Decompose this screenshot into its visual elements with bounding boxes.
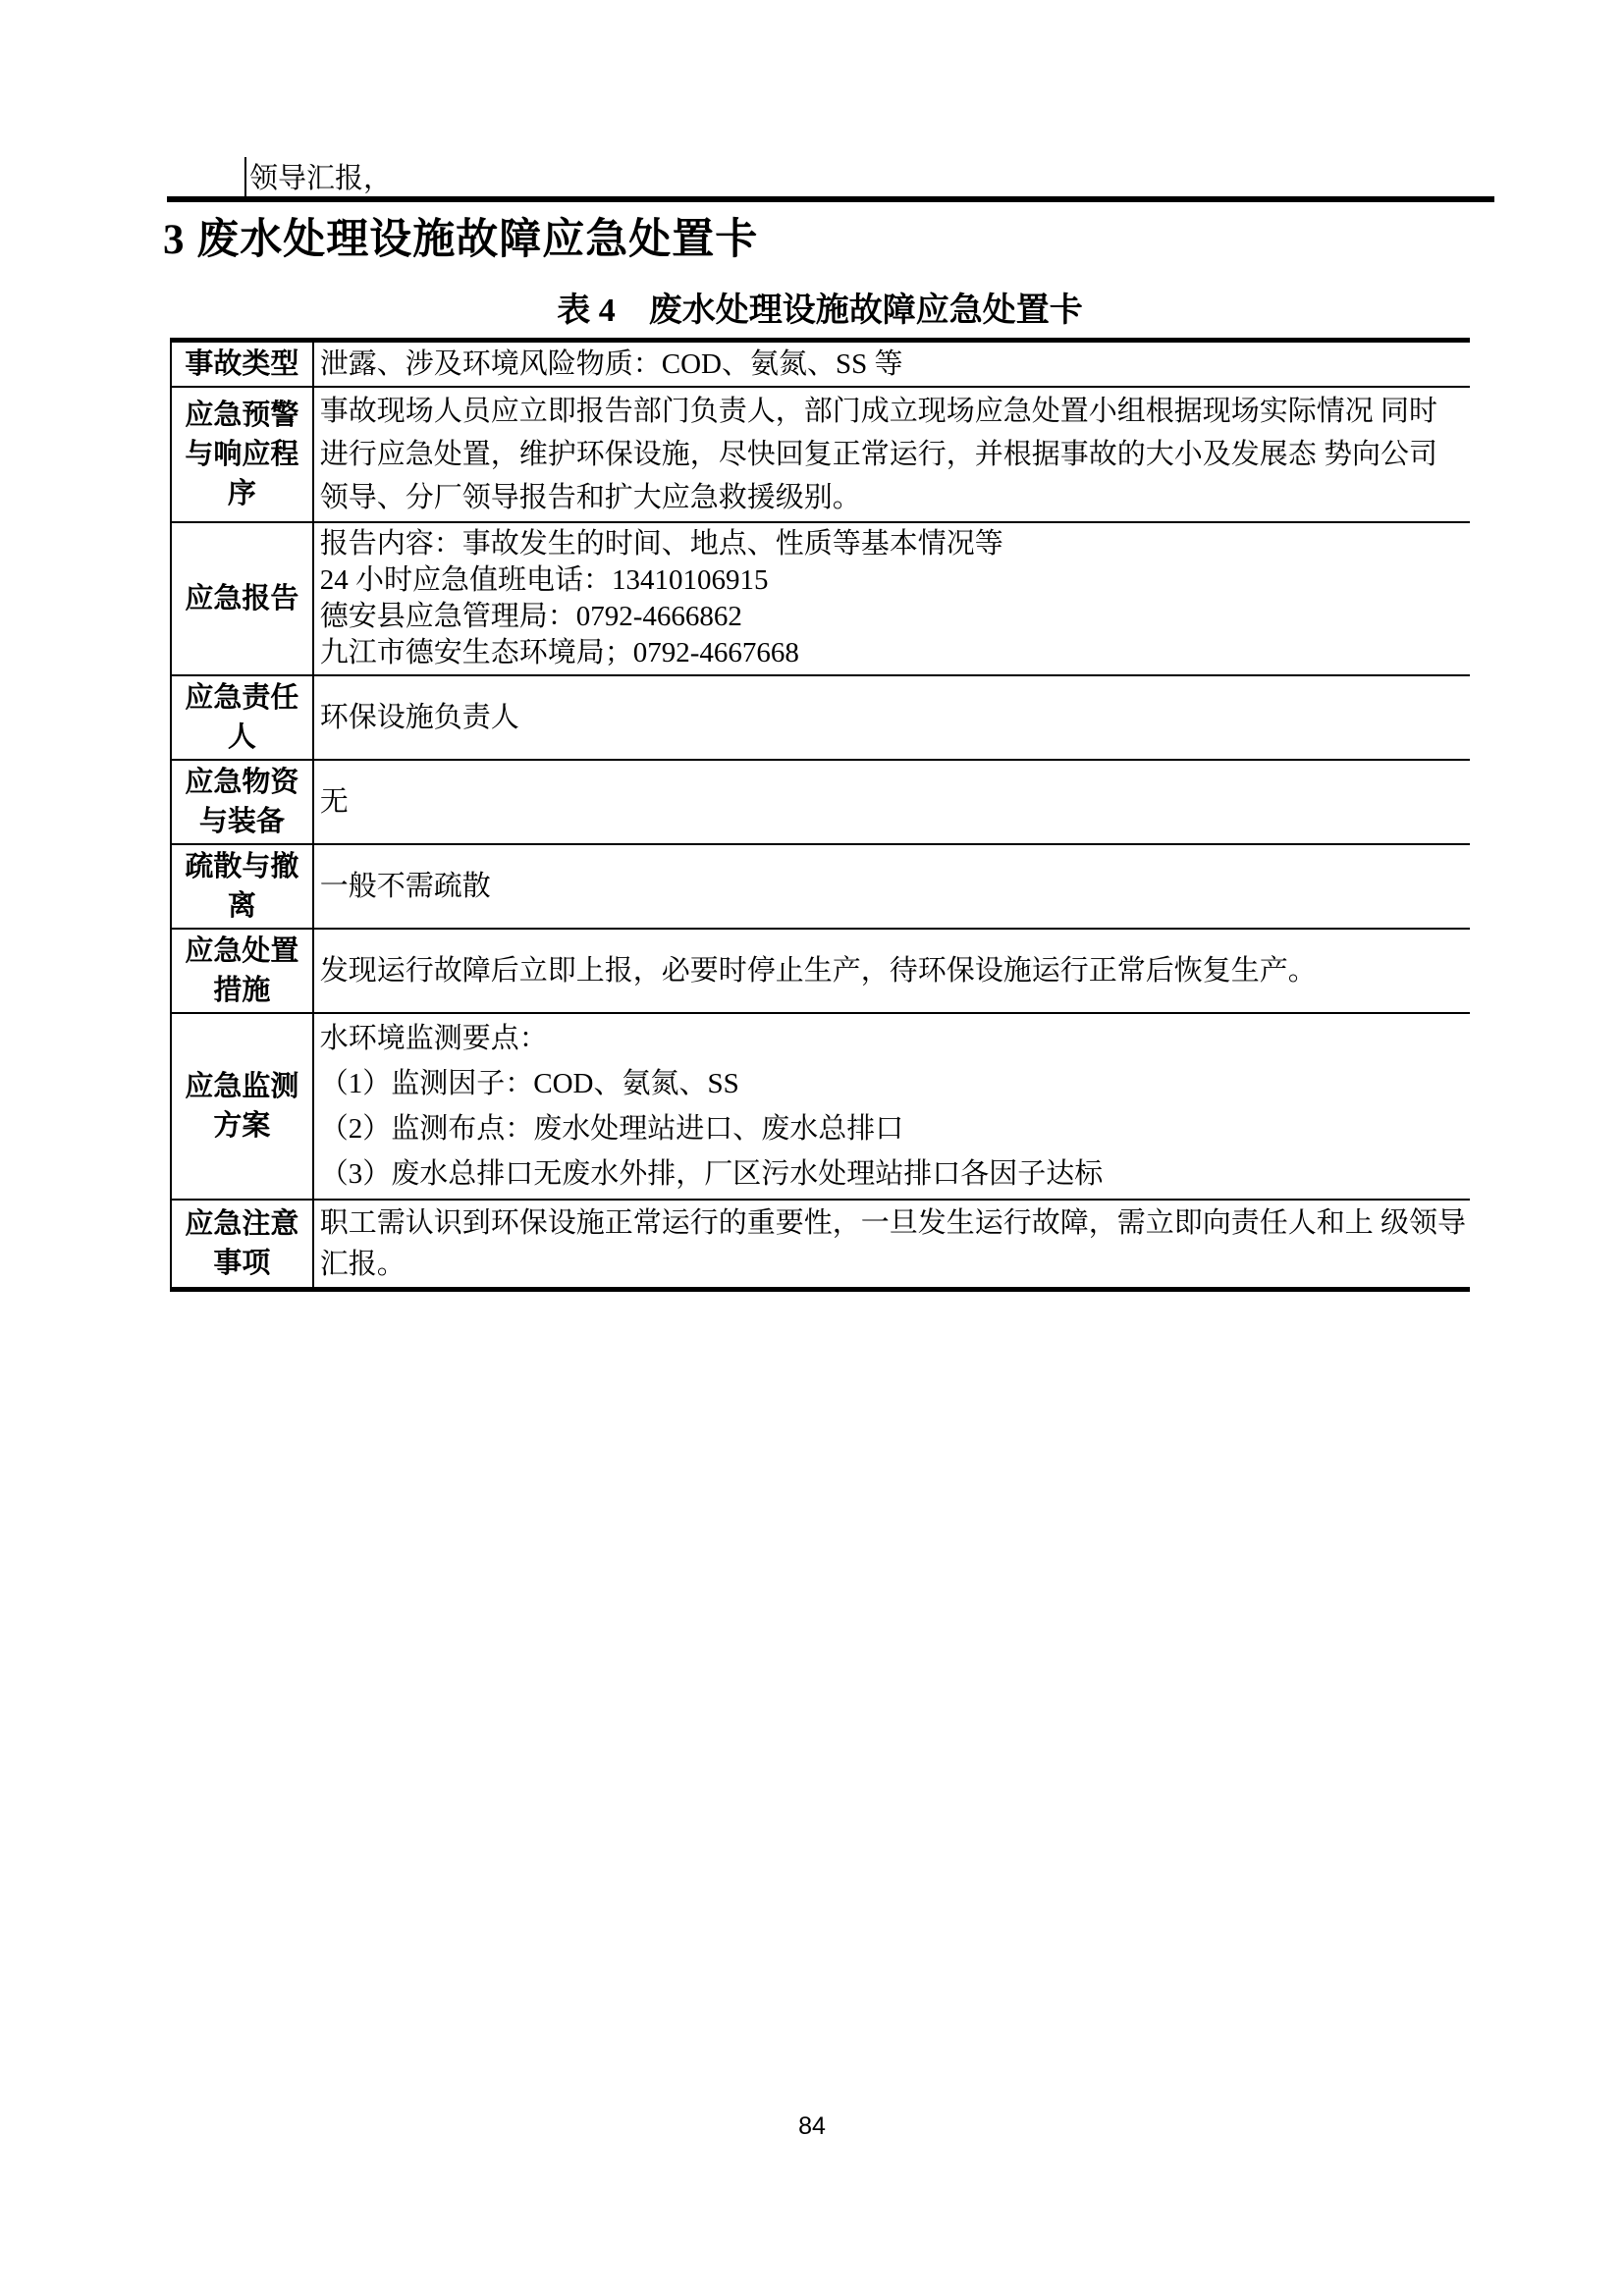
row-label: 应急物资与装备 xyxy=(171,760,313,844)
document-page: 领导汇报， 3 废水处理设施故障应急处置卡 表 4 废水处理设施故障应急处置卡 … xyxy=(0,0,1624,2296)
content-line: 一般不需疏散 xyxy=(320,869,1466,905)
row-content: 事故现场人员应立即报告部门负责人，部门成立现场应急处置小组根据现场实际情况 同时… xyxy=(313,387,1470,522)
row-content: 一般不需疏散 xyxy=(313,844,1470,929)
content-line: 德安县应急管理局：0792-4666862 xyxy=(320,599,1466,635)
row-content: 水环境监测要点： （1）监测因子：COD、氨氮、SS （2）监测布点：废水处理站… xyxy=(313,1013,1470,1200)
table-row: 应急监测方案 水环境监测要点： （1）监测因子：COD、氨氮、SS （2）监测布… xyxy=(171,1013,1470,1200)
content-line: 汇报。 xyxy=(320,1244,1466,1285)
content-line: 职工需认识到环保设施正常运行的重要性，一旦发生运行故障，需立即向责任人和上 级领… xyxy=(320,1202,1466,1244)
content-line: 环保设施负责人 xyxy=(320,700,1466,736)
content-line: 报告内容：事故发生的时间、地点、性质等基本情况等 xyxy=(320,526,1466,562)
table-row: 应急处置措施 发现运行故障后立即上报，必要时停止生产，待环保设施运行正常后恢复生… xyxy=(171,929,1470,1013)
table-row: 应急注意事项 职工需认识到环保设施正常运行的重要性，一旦发生运行故障，需立即向责… xyxy=(171,1200,1470,1290)
content-line: 24 小时应急值班电话：13410106915 xyxy=(320,562,1466,599)
content-line: 事故现场人员应立即报告部门负责人，部门成立现场应急处置小组根据现场实际情况 同时 xyxy=(320,390,1466,433)
content-line: 九江市德安生态环境局；0792-4667668 xyxy=(320,635,1466,671)
table-row: 应急报告 报告内容：事故发生的时间、地点、性质等基本情况等 24 小时应急值班电… xyxy=(171,522,1470,675)
row-label: 事故类型 xyxy=(171,341,313,388)
carryover-text: 领导汇报， xyxy=(249,162,392,195)
content-line: 水环境监测要点： xyxy=(320,1016,1466,1061)
content-line: 发现运行故障后立即上报，必要时停止生产，待环保设施运行正常后恢复生产。 xyxy=(320,953,1466,989)
row-label: 应急注意事项 xyxy=(171,1200,313,1290)
table-row: 疏散与撤离 一般不需疏散 xyxy=(171,844,1470,929)
content-line: （2）监测布点：废水处理站进口、废水总排口 xyxy=(320,1106,1466,1151)
content-line: （3）废水总排口无废水外排，厂区污水处理站排口各因子达标 xyxy=(320,1151,1466,1197)
row-content: 报告内容：事故发生的时间、地点、性质等基本情况等 24 小时应急值班电话：134… xyxy=(313,522,1470,675)
content-line: 泄露、涉及环境风险物质：COD、氨氮、SS 等 xyxy=(320,347,1466,383)
table-row: 应急预警与响应程序 事故现场人员应立即报告部门负责人，部门成立现场应急处置小组根… xyxy=(171,387,1470,522)
content-line: 领导、分厂领导报告和扩大应急救援级别。 xyxy=(320,476,1466,519)
text-cursor-caret xyxy=(244,157,246,200)
row-content: 职工需认识到环保设施正常运行的重要性，一旦发生运行故障，需立即向责任人和上 级领… xyxy=(313,1200,1470,1290)
table-row: 应急物资与装备 无 xyxy=(171,760,1470,844)
table-title: 表 4 废水处理设施故障应急处置卡 xyxy=(170,283,1470,331)
row-label: 应急责任人 xyxy=(171,675,313,760)
content-line: 无 xyxy=(320,784,1466,821)
content-line: （1）监测因子：COD、氨氮、SS xyxy=(320,1061,1466,1106)
row-label: 应急处置措施 xyxy=(171,929,313,1013)
row-content: 环保设施负责人 xyxy=(313,675,1470,760)
row-label: 应急预警与响应程序 xyxy=(171,387,313,522)
row-content: 发现运行故障后立即上报，必要时停止生产，待环保设施运行正常后恢复生产。 xyxy=(313,929,1470,1013)
page-number: 84 xyxy=(0,2112,1624,2141)
section-heading: 3 废水处理设施故障应急处置卡 xyxy=(163,206,758,266)
row-content: 无 xyxy=(313,760,1470,844)
row-content: 泄露、涉及环境风险物质：COD、氨氮、SS 等 xyxy=(313,341,1470,388)
table-row: 事故类型 泄露、涉及环境风险物质：COD、氨氮、SS 等 xyxy=(171,341,1470,388)
row-label: 应急监测方案 xyxy=(171,1013,313,1200)
content-line: 进行应急处置，维护环保设施，尽快回复正常运行，并根据事故的大小及发展态 势向公司 xyxy=(320,433,1466,476)
emergency-response-card-table: 事故类型 泄露、涉及环境风险物质：COD、氨氮、SS 等 应急预警与响应程序 事… xyxy=(170,338,1470,1292)
row-label: 疏散与撤离 xyxy=(171,844,313,929)
section-divider-rule xyxy=(167,196,1494,202)
table-row: 应急责任人 环保设施负责人 xyxy=(171,675,1470,760)
row-label: 应急报告 xyxy=(171,522,313,675)
